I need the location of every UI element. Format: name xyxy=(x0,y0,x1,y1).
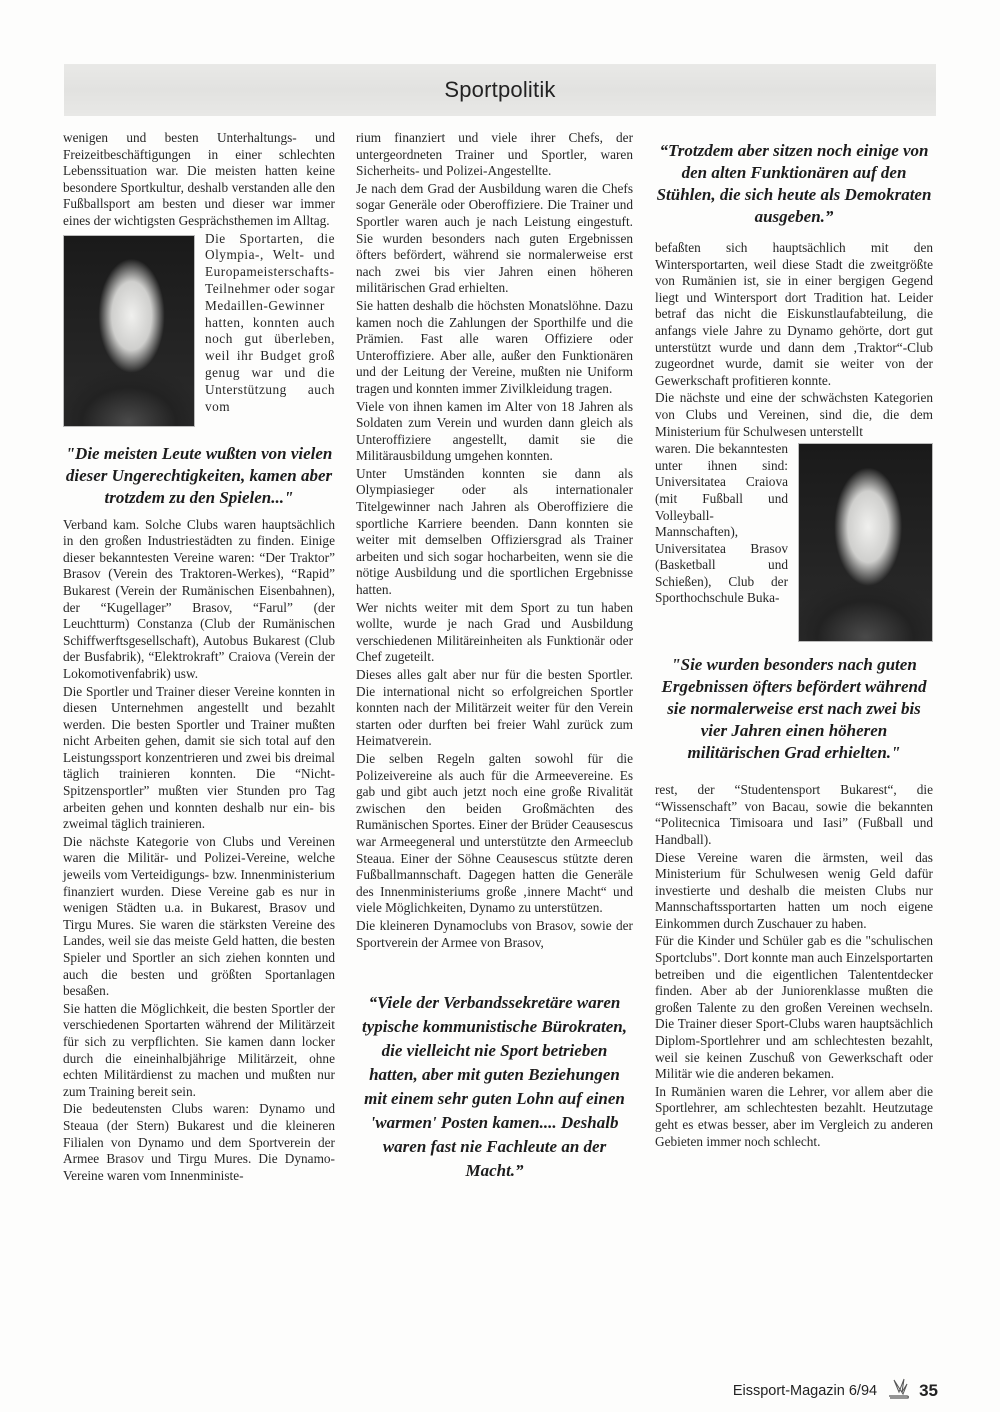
paragraph: befaßten sich hauptsächlich mit den Wint… xyxy=(655,240,933,389)
pull-quote: “Viele der Verbandssekretäre waren typis… xyxy=(356,991,633,1183)
paragraph: Die kleineren Dynamoclubs von Brasov, so… xyxy=(356,918,633,951)
paragraph: rest, der “Studentensport Bukarest“, die… xyxy=(655,782,933,848)
paragraph: Diese Vereine waren die ärmsten, weil da… xyxy=(655,850,933,933)
paragraph: rium finanziert und viele ihrer Chefs, d… xyxy=(356,130,633,180)
page-number: 35 xyxy=(919,1381,938,1401)
magazine-issue: Eissport-Magazin 6/94 xyxy=(733,1383,877,1399)
page-footer: Eissport-Magazin 6/94 35 xyxy=(733,1376,938,1406)
paragraph: Dieses alles galt aber nur für die beste… xyxy=(356,667,633,750)
portrait-photo xyxy=(63,235,195,427)
paragraph: Die bedeutensten Clubs waren: Dynamo und… xyxy=(63,1101,335,1184)
paragraph: Sie hatten die Möglichkeit, die besten S… xyxy=(63,1001,335,1101)
paragraph: Verband kam. Solche Clubs waren hauptsäc… xyxy=(63,517,335,683)
paragraph: Sie hatten deshalb die höchsten Monatslö… xyxy=(356,298,633,398)
paragraph: Für die Kinder und Schüler gab es die "s… xyxy=(655,933,933,1082)
paragraph: Unter Umständen konnten sie dann als Oly… xyxy=(356,466,633,599)
pull-quote: "Die meisten Leute wußten von vielen die… xyxy=(63,443,335,509)
paragraph: Je nach dem Grad der Ausbildung waren di… xyxy=(356,181,633,297)
skate-logo-icon xyxy=(885,1376,911,1406)
paragraph: Die Sportler und Trainer dieser Vereine … xyxy=(63,684,335,833)
pull-quote: “Trotzdem aber sitzen noch einige von de… xyxy=(655,140,933,228)
article-column-1: wenigen und besten Unterhaltungs- und Fr… xyxy=(63,130,335,1185)
article-column-3: “Trotzdem aber sitzen noch einige von de… xyxy=(655,140,933,1151)
section-header-band: Sportpolitik xyxy=(64,64,936,116)
pull-quote: "Sie wurden besonders nach guten Ergebni… xyxy=(655,654,933,764)
paragraph: Die nächste und eine der schwächsten Kat… xyxy=(655,390,933,440)
section-title: Sportpolitik xyxy=(64,77,936,103)
paragraph: Die selben Regeln galten sowohl für die … xyxy=(356,751,633,917)
paragraph: In Rumänien waren die Lehrer, vor allem … xyxy=(655,1084,933,1150)
paragraph: Die nächste Kategorie von Clubs und Vere… xyxy=(63,834,335,1000)
upward-gaze-photo xyxy=(798,443,933,642)
paragraph: wenigen und besten Unterhaltungs- und Fr… xyxy=(63,130,335,230)
paragraph: Wer nichts weiter mit dem Sport zu tun h… xyxy=(356,600,633,666)
article-column-2: rium finanziert und viele ihrer Chefs, d… xyxy=(356,130,633,1191)
paragraph: Viele von ihnen kamen im Alter von 18 Ja… xyxy=(356,399,633,465)
